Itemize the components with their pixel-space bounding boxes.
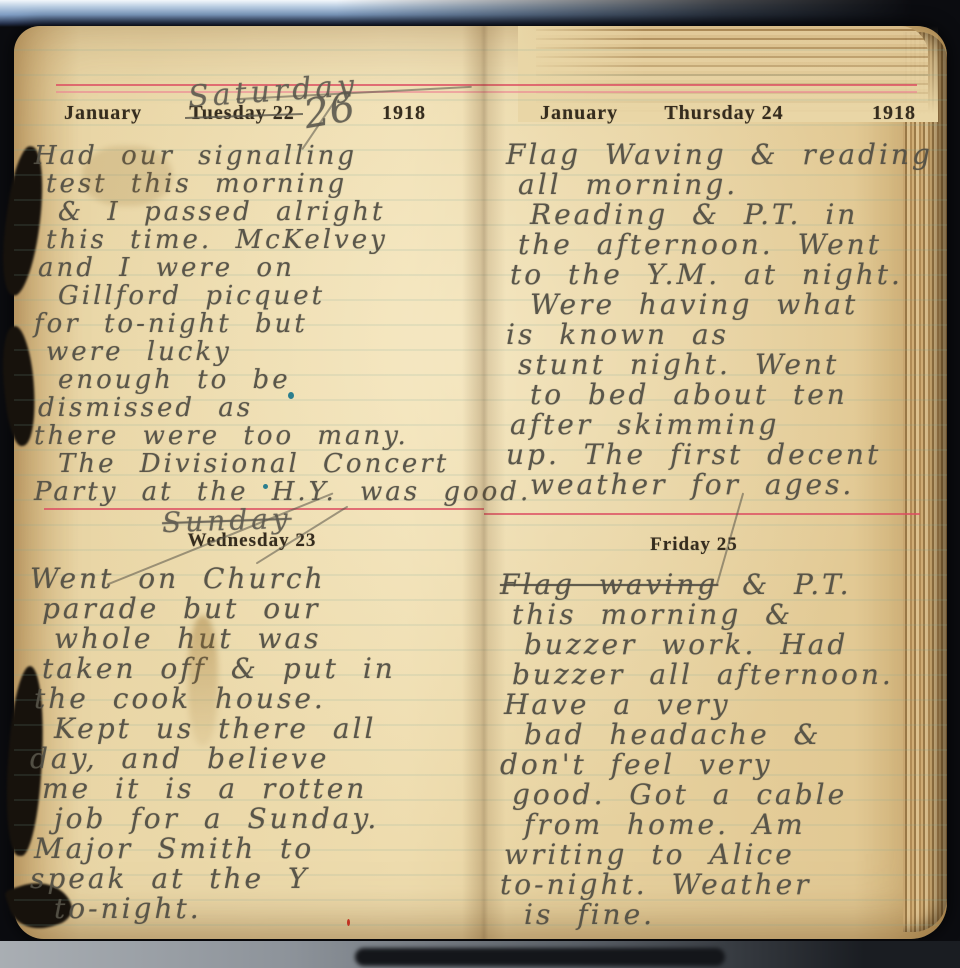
handwriting-line: Have a very xyxy=(504,690,934,720)
handwriting-line: parade but our xyxy=(42,594,480,624)
handwriting-line: enough to be xyxy=(58,366,480,394)
ink-speck xyxy=(288,392,294,399)
handwriting-line: job for a Sunday. xyxy=(54,804,480,834)
handwriting-line: The Divisional Concert xyxy=(58,450,480,478)
paper-stain xyxy=(82,146,172,206)
handwriting-line: good. Got a cable xyxy=(512,780,934,810)
handwriting-line: day, and believe xyxy=(30,744,480,774)
handwriting-line: to-night. Weather xyxy=(500,870,934,900)
printed-day-right: Thursday 24 xyxy=(634,102,814,125)
scanner-glare-fade xyxy=(0,0,960,27)
handwriting-line: Went on Church xyxy=(30,564,480,594)
handwriting-line: to bed about ten xyxy=(530,380,936,410)
entry-friday-25: Flag waving & P.T.this morning &buzzer w… xyxy=(500,570,934,930)
book-gutter xyxy=(462,26,506,939)
printed-day-friday: Friday 25 xyxy=(484,534,904,556)
page-right: January Thursday 24 1918 Flag Waving & r… xyxy=(484,26,940,939)
handwriting-line: speak at the Y xyxy=(30,864,480,894)
handwriting-line: to-night. xyxy=(54,894,480,924)
ink-speck xyxy=(347,919,350,926)
handwriting-text: & P.T. xyxy=(718,568,851,601)
month-label-left: January xyxy=(64,102,142,125)
handwriting-line: were lucky xyxy=(46,338,480,366)
handwriting-line: Major Smith to xyxy=(34,834,480,864)
handwriting-line: weather for ages. xyxy=(530,470,936,500)
handwriting-line: Gillford picquet xyxy=(58,282,480,310)
entry-wednesday-23: Went on Churchparade but ourwhole hut wa… xyxy=(30,564,480,924)
entry-thursday-24: Flag Waving & readingall morning.Reading… xyxy=(506,140,936,500)
handwriting-line: buzzer work. Had xyxy=(524,630,934,660)
diary-book: January Tuesday 22 1918 Saturday 26 Had … xyxy=(14,26,947,939)
handwriting-line: after skimming xyxy=(510,410,936,440)
ink-speck xyxy=(263,484,268,489)
handwriting-line: and I were on xyxy=(38,254,480,282)
page-left: January Tuesday 22 1918 Saturday 26 Had … xyxy=(20,26,484,939)
handwriting-line: this morning & xyxy=(512,600,934,630)
handwriting-line: bad headache & xyxy=(524,720,934,750)
handwriting-line: Were having what xyxy=(530,290,936,320)
handwriting-line: Kept us there all xyxy=(54,714,480,744)
handwriting-line: writing to Alice xyxy=(504,840,934,870)
handwriting-line: from home. Am xyxy=(524,810,934,840)
handwriting-line: taken off & put in xyxy=(42,654,480,684)
handwriting-line: is fine. xyxy=(524,900,934,930)
year-label-right: 1918 xyxy=(872,102,916,125)
month-label-right: January xyxy=(540,102,618,125)
year-label-left: 1918 xyxy=(382,102,426,125)
handwriting-line: this time. McKelvey xyxy=(46,226,480,254)
handwriting-line: is known as xyxy=(506,320,936,350)
handwriting-line: buzzer all afternoon. xyxy=(512,660,934,690)
handwriting-line: stunt night. Went xyxy=(518,350,936,380)
diary-scan: January Tuesday 22 1918 Saturday 26 Had … xyxy=(0,0,960,968)
handwriting-line: Flag Waving & reading xyxy=(506,140,936,170)
handwriting-line: all morning. xyxy=(518,170,936,200)
book-cover-shadow xyxy=(355,948,725,966)
paper-stain xyxy=(188,616,218,746)
handwriting-line: the afternoon. Went xyxy=(518,230,936,260)
handwriting-line: Party at the H.Y. was good. xyxy=(34,478,480,506)
handwriting-line: Reading & P.T. in xyxy=(530,200,936,230)
handwriting-line: up. The first decent xyxy=(506,440,936,470)
handwriting-line: dismissed as xyxy=(38,394,480,422)
handwriting-line: don't feel very xyxy=(500,750,934,780)
handwriting-line: whole hut was xyxy=(54,624,480,654)
printed-day-wednesday: Wednesday 23 xyxy=(20,530,484,552)
handwriting-line: to the Y.M. at night. xyxy=(510,260,936,290)
handwriting-line: for to-night but xyxy=(34,310,480,338)
struck-text: Flag waving xyxy=(500,568,718,601)
handwriting-line: the cook house. xyxy=(34,684,480,714)
handwriting-line: me it is a rotten xyxy=(42,774,480,804)
handwriting-line: there were too many. xyxy=(34,422,480,450)
